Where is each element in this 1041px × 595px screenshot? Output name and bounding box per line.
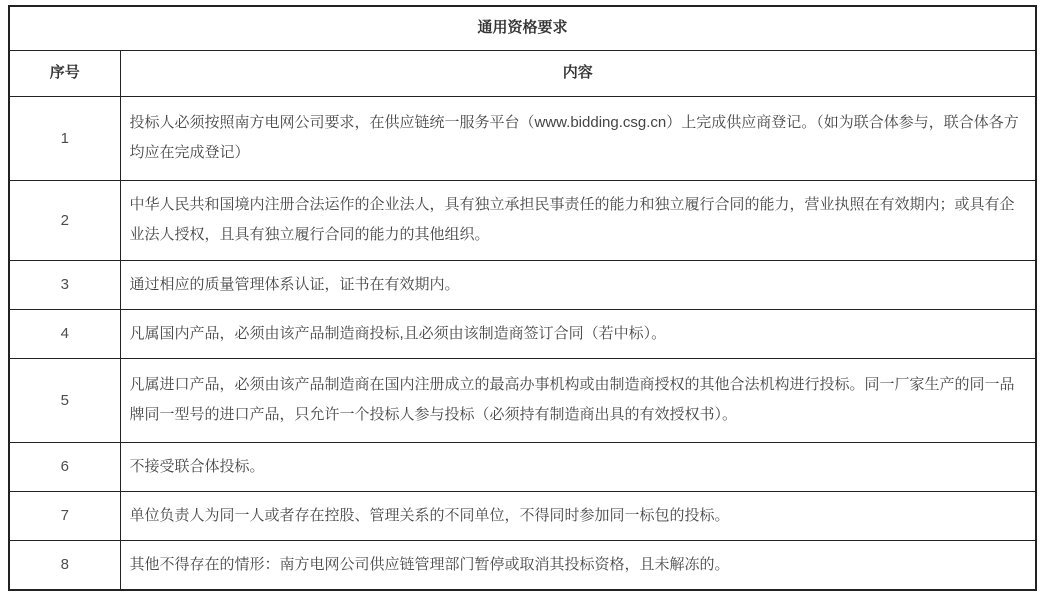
column-header-no: 序号	[9, 50, 120, 96]
row-number: 7	[9, 491, 120, 540]
row-number: 8	[9, 540, 120, 590]
document-page: 通用资格要求 序号 内容 1 投标人必须按照南方电网公司要求，在供应链统一服务平…	[0, 0, 1041, 595]
row-number: 2	[9, 180, 120, 260]
row-number: 1	[9, 96, 120, 180]
table-row: 8 其他不得存在的情形：南方电网公司供应链管理部门暂停或取消其投标资格，且未解冻…	[9, 540, 1036, 590]
table-header-row: 序号 内容	[9, 50, 1036, 96]
row-number: 6	[9, 442, 120, 491]
row-content: 凡属国内产品，必须由该产品制造商投标,且必须由该制造商签订合同（若中标）。	[120, 309, 1036, 358]
table-row: 5 凡属进口产品，必须由该产品制造商在国内注册成立的最高办事机构或由制造商授权的…	[9, 358, 1036, 442]
row-content: 中华人民共和国境内注册合法运作的企业法人，具有独立承担民事责任的能力和独立履行合…	[120, 180, 1036, 260]
row-content: 投标人必须按照南方电网公司要求，在供应链统一服务平台（www.bidding.c…	[120, 96, 1036, 180]
table-title-row: 通用资格要求	[9, 6, 1036, 50]
table-row: 1 投标人必须按照南方电网公司要求，在供应链统一服务平台（www.bidding…	[9, 96, 1036, 180]
table-title: 通用资格要求	[9, 6, 1036, 50]
table-row: 4 凡属国内产品，必须由该产品制造商投标,且必须由该制造商签订合同（若中标）。	[9, 309, 1036, 358]
table-row: 3 通过相应的质量管理体系认证，证书在有效期内。	[9, 260, 1036, 309]
row-content: 单位负责人为同一人或者存在控股、管理关系的不同单位，不得同时参加同一标包的投标。	[120, 491, 1036, 540]
column-header-content: 内容	[120, 50, 1036, 96]
row-content: 其他不得存在的情形：南方电网公司供应链管理部门暂停或取消其投标资格，且未解冻的。	[120, 540, 1036, 590]
qualification-requirements-table: 通用资格要求 序号 内容 1 投标人必须按照南方电网公司要求，在供应链统一服务平…	[8, 5, 1037, 591]
row-content: 凡属进口产品，必须由该产品制造商在国内注册成立的最高办事机构或由制造商授权的其他…	[120, 358, 1036, 442]
row-content: 不接受联合体投标。	[120, 442, 1036, 491]
table-row: 7 单位负责人为同一人或者存在控股、管理关系的不同单位，不得同时参加同一标包的投…	[9, 491, 1036, 540]
row-number: 3	[9, 260, 120, 309]
table-row: 2 中华人民共和国境内注册合法运作的企业法人，具有独立承担民事责任的能力和独立履…	[9, 180, 1036, 260]
table-row: 6 不接受联合体投标。	[9, 442, 1036, 491]
row-number: 4	[9, 309, 120, 358]
row-content: 通过相应的质量管理体系认证，证书在有效期内。	[120, 260, 1036, 309]
row-number: 5	[9, 358, 120, 442]
